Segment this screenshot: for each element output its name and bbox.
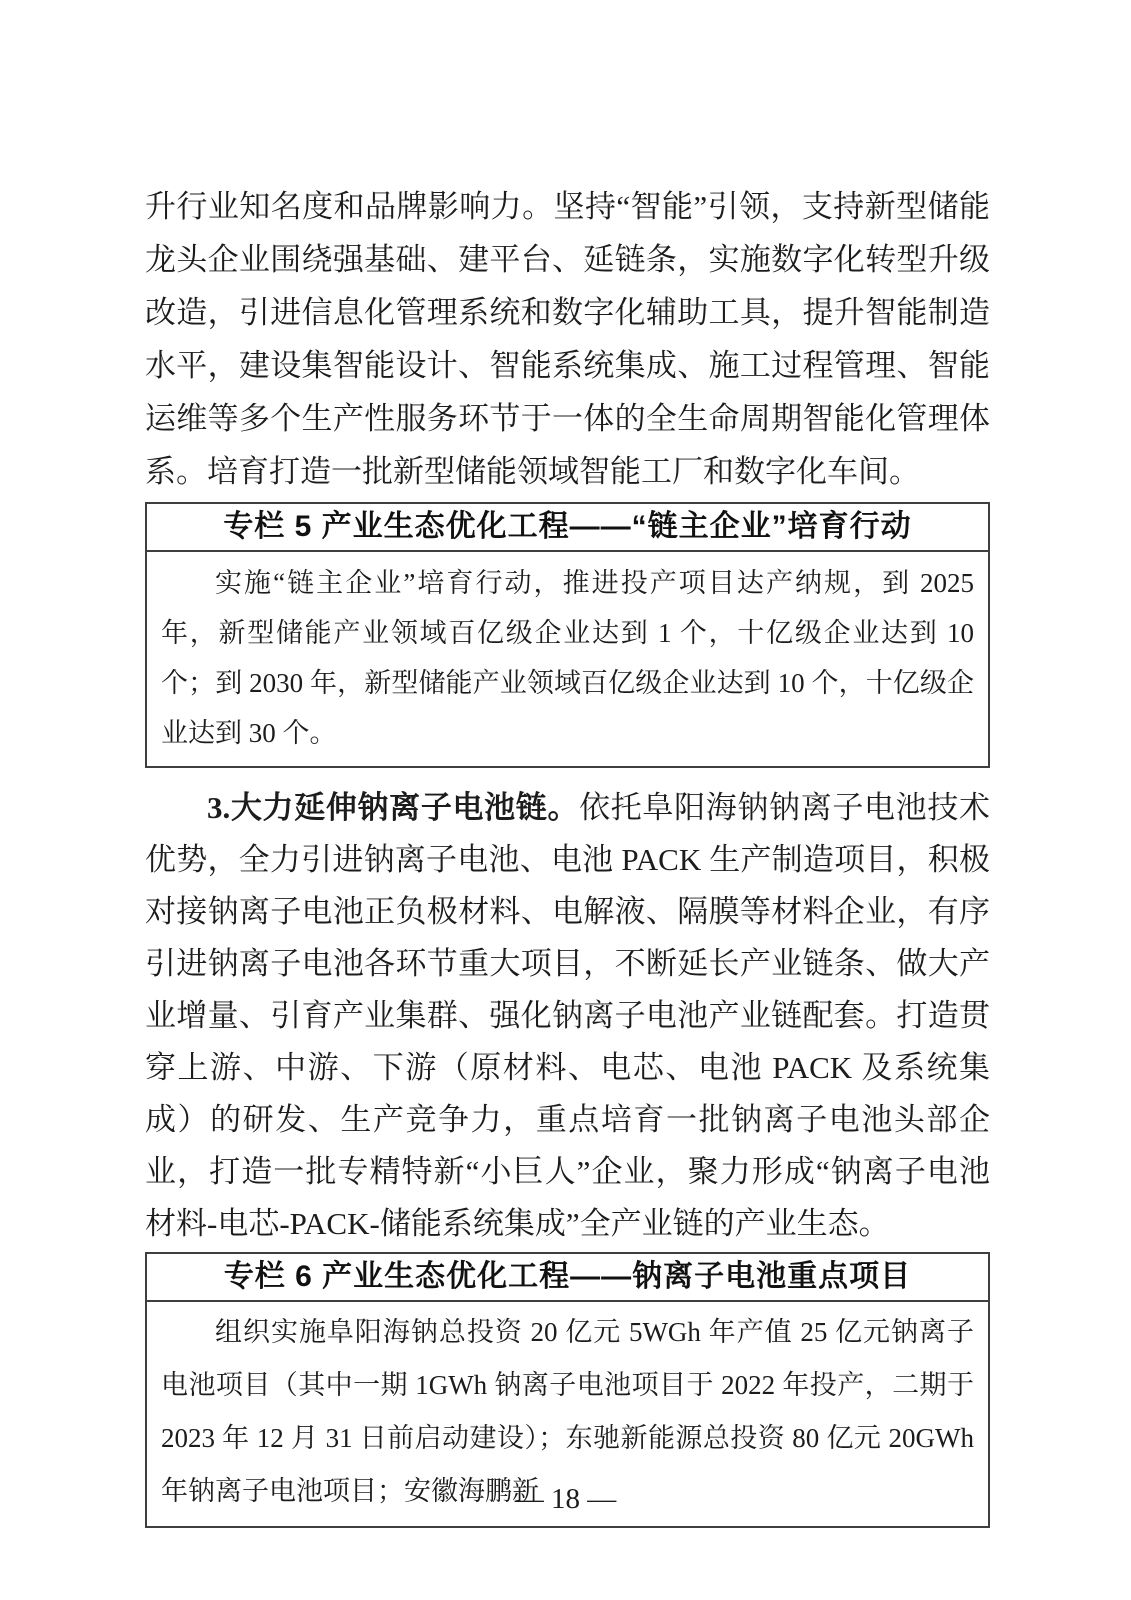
document-page: 升行业知名度和品牌影响力。坚持“智能”引领，支持新型储能龙头企业围绕强基础、建平… (0, 0, 1131, 1600)
paragraph-continuation: 升行业知名度和品牌影响力。坚持“智能”引领，支持新型储能龙头企业围绕强基础、建平… (145, 180, 990, 498)
page-number: — 18 — (0, 1483, 1131, 1516)
callout-box-5-title: 专栏 5 产业生态优化工程——“链主企业”培育行动 (147, 504, 988, 552)
paragraph-3-text: 依托阜阳海钠钠离子电池技术优势，全力引进钠离子电池、电池 PACK 生产制造项目… (145, 790, 990, 1241)
callout-box-5: 专栏 5 产业生态优化工程——“链主企业”培育行动 实施“链主企业”培育行动，推… (145, 502, 990, 768)
paragraph-3-lead: 3.大力延伸钠离子电池链。 (207, 790, 579, 825)
paragraph-3: 3.大力延伸钠离子电池链。依托阜阳海钠钠离子电池技术优势，全力引进钠离子电池、电… (145, 782, 990, 1250)
callout-box-5-body: 实施“链主企业”培育行动，推进投产项目达产纳规，到 2025 年，新型储能产业领… (147, 552, 988, 766)
callout-box-6-title: 专栏 6 产业生态优化工程——钠离子电池重点项目 (147, 1254, 988, 1302)
